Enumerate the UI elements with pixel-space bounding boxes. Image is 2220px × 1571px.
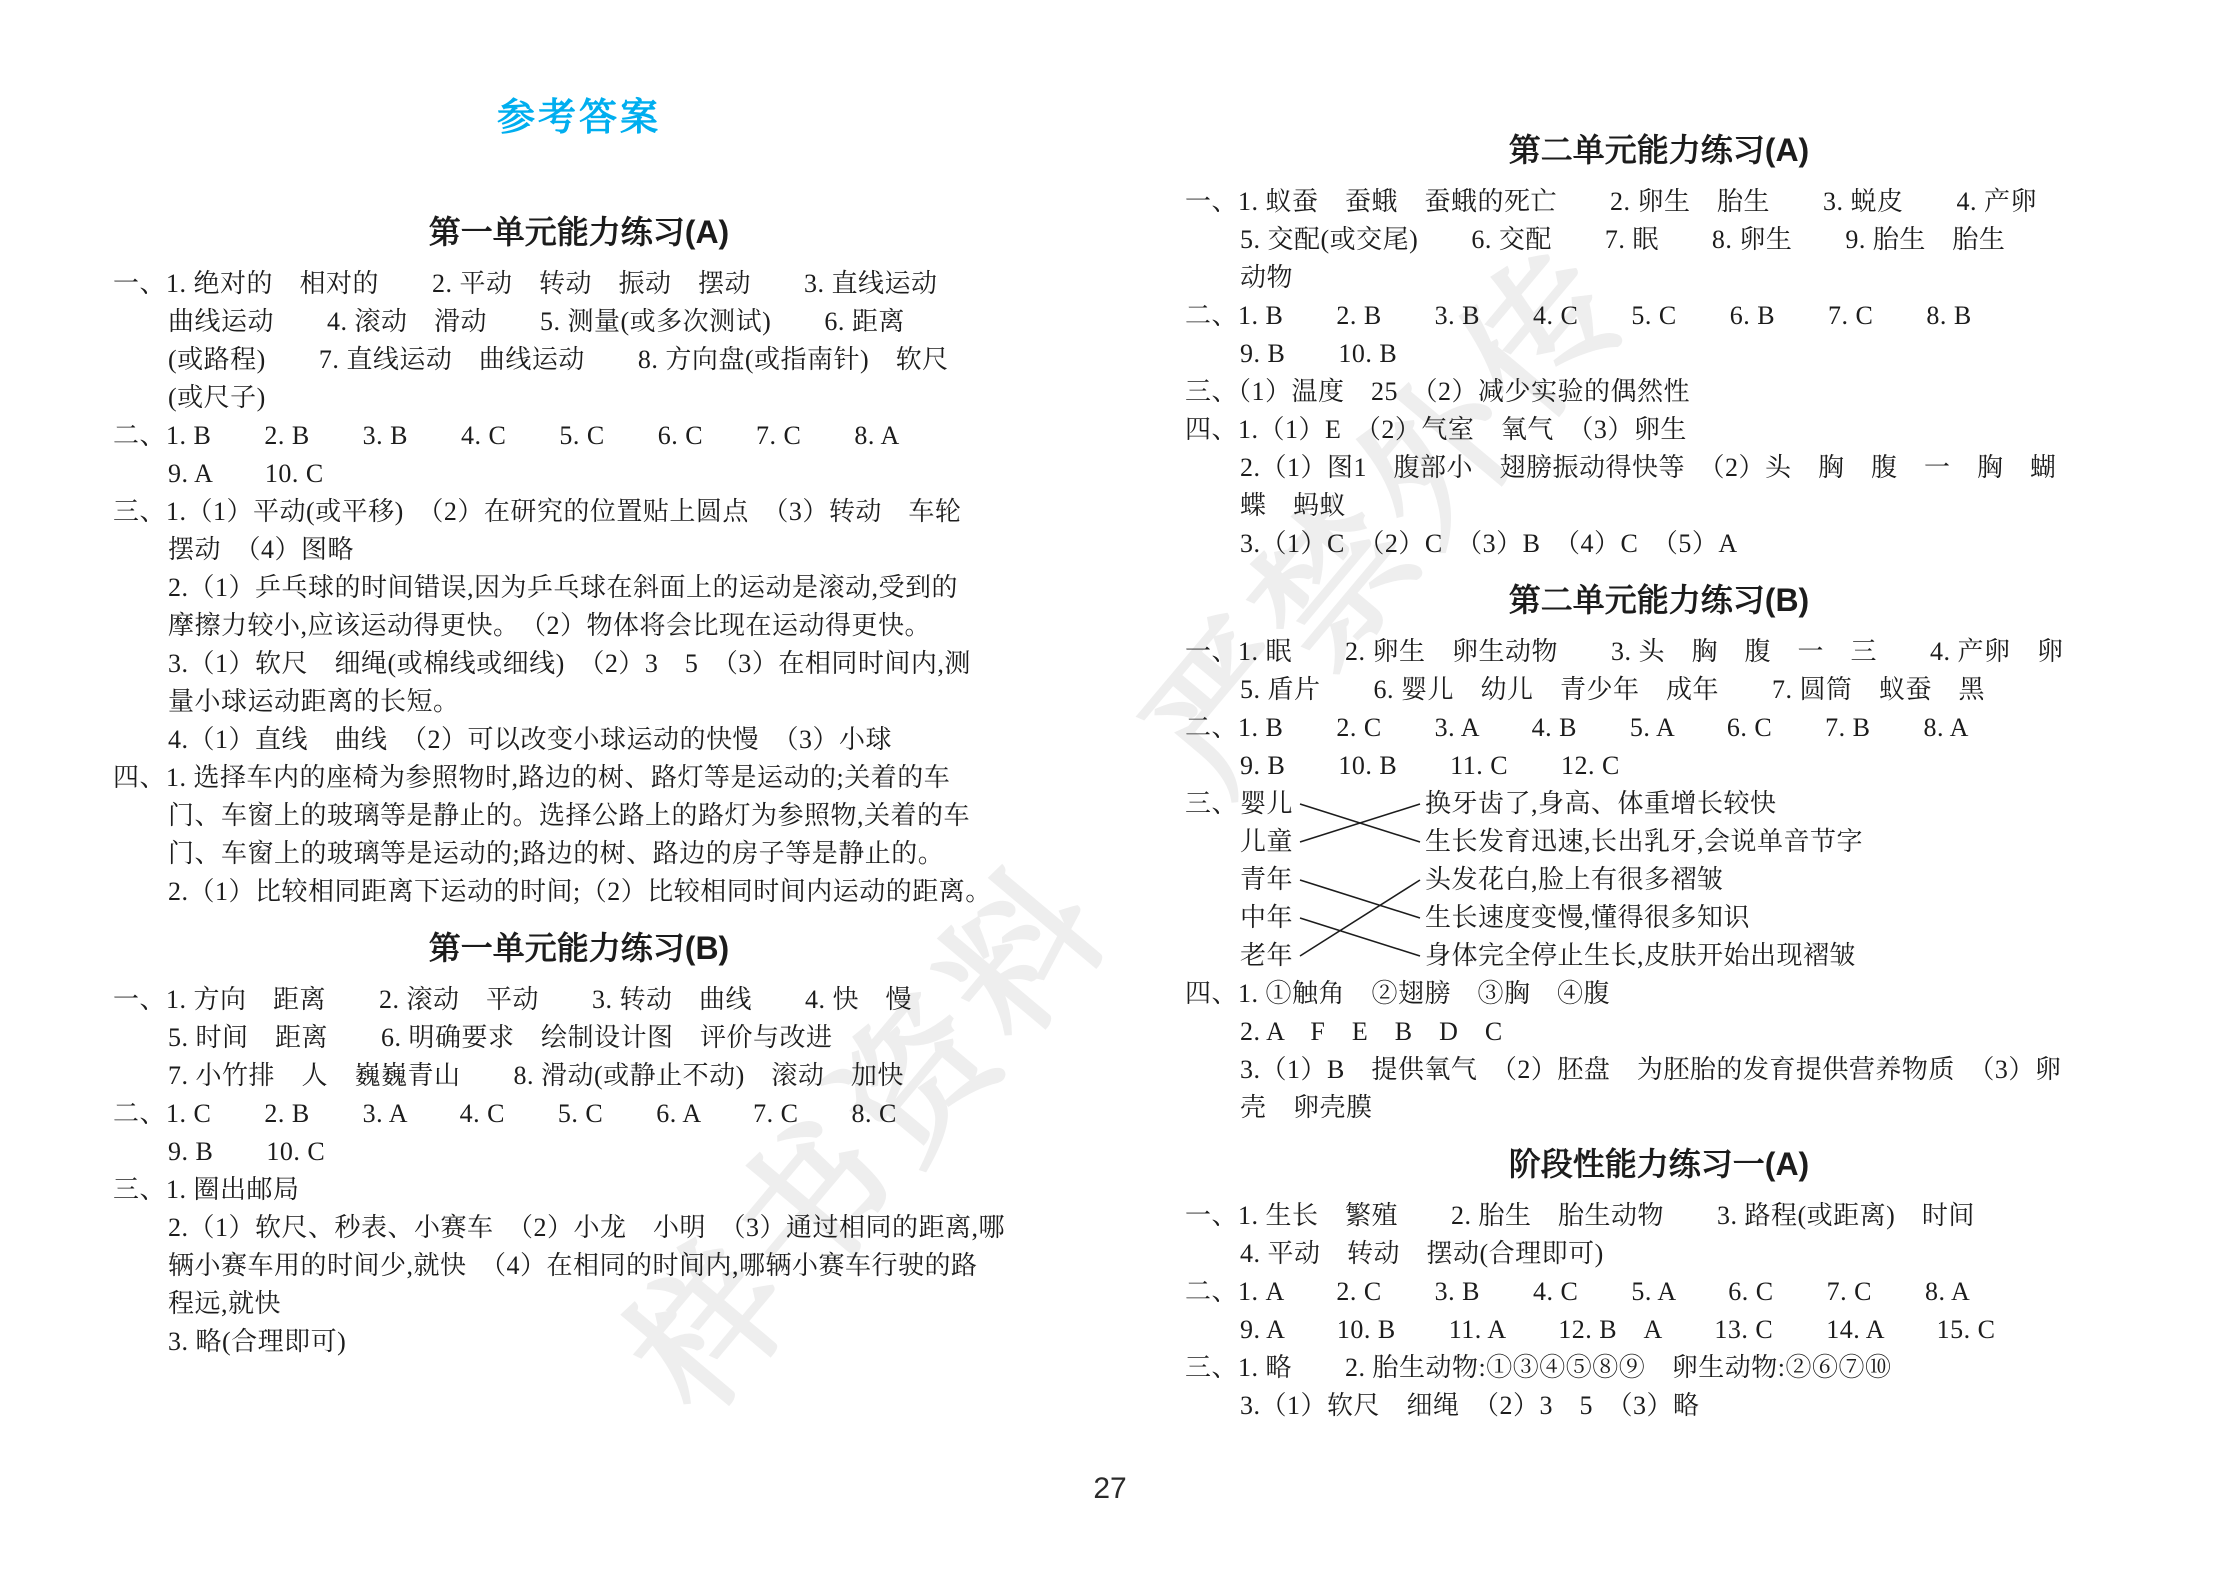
answer-line: (或路程) 7. 直线运动 曲线运动 8. 方向盘(或指南针) 软尺	[113, 341, 1045, 379]
answer-line: 2. A F E B D C	[1185, 1013, 2133, 1051]
section-header: 第一单元能力练习(B)	[113, 929, 1045, 967]
answer-line: 9. A 10. C	[113, 455, 1045, 493]
answer-line: 4. 平动 转动 摆动(合理即可)	[1185, 1235, 2133, 1273]
answer-block: 一、1. 蚁蚕 蚕蛾 蚕蛾的死亡 2. 卵生 胎生 3. 蜕皮 4. 产卵5. …	[1185, 183, 2133, 297]
answer-line: 三、1. 圈出邮局	[113, 1171, 1045, 1209]
answer-line: 三、1.（1）平动(或平移) （2）在研究的位置贴上圆点 （3）转动 车轮	[113, 493, 1045, 531]
answer-line: 7. 小竹排 人 巍巍青山 8. 滑动(或静止不动) 滚动 加快	[113, 1057, 1045, 1095]
answer-line: 2.（1）图1 腹部小 翅膀振动得快等 （2）头 胸 腹 一 胸 蝴	[1185, 449, 2133, 487]
answer-line: 摆动 （4）图略	[113, 531, 1045, 569]
answer-line: 辆小赛车用的时间少,就快 （4）在相同的时间内,哪辆小赛车行驶的路	[113, 1247, 1045, 1285]
answer-line: 3.（1）B 提供氧气 （2）胚盘 为胚胎的发育提供营养物质 （3）卵	[1185, 1051, 2133, 1089]
answer-line: 9. B 10. C	[113, 1133, 1045, 1171]
answer-line: 5. 盾片 6. 婴儿 幼儿 青少年 成年 7. 圆筒 蚁蚕 黑	[1185, 671, 2133, 709]
answer-line: 二、1. B 2. B 3. B 4. C 5. C 6. C 7. C 8. …	[113, 417, 1045, 455]
answer-block: 三、（1）温度 25 （2）减少实验的偶然性	[1185, 373, 2133, 411]
answer-line: 一、1. 眠 2. 卵生 卵生动物 3. 头 胸 腹 一 三 4. 产卵 卵	[1185, 633, 2133, 671]
answer-block: 一、1. 眠 2. 卵生 卵生动物 3. 头 胸 腹 一 三 4. 产卵 卵5.…	[1185, 633, 2133, 709]
page-title: 参考答案	[113, 86, 1045, 141]
answer-block: 四、1. ①触角 ②翅膀 ③胸 ④腹2. A F E B D C3.（1）B 提…	[1185, 975, 2133, 1127]
answer-block: 四、1. 选择车内的座椅为参照物时,路边的树、路灯等是运动的;关着的车门、车窗上…	[113, 759, 1045, 911]
answer-block: 三、1. 略 2. 胎生动物:①③④⑤⑧⑨ 卵生动物:②⑥⑦⑩3.（1）软尺 细…	[1185, 1349, 2133, 1425]
answer-line: 9. A 10. B 11. A 12. B A 13. C 14. A 15.…	[1185, 1311, 2133, 1349]
answer-line: 9. B 10. B 11. C 12. C	[1185, 747, 2133, 785]
match-connector-lines	[1297, 785, 1423, 975]
answer-line: 5. 交配(或交尾) 6. 交配 7. 眠 8. 卵生 9. 胎生 胎生	[1185, 221, 2133, 259]
answer-block: 三、1.（1）平动(或平移) （2）在研究的位置贴上圆点 （3）转动 车轮摆动 …	[113, 493, 1045, 759]
page-number: 27	[0, 1472, 2220, 1506]
answer-block: 二、1. B 2. B 3. B 4. C 5. C 6. B 7. C 8. …	[1185, 297, 2133, 373]
answer-line: 三、1. 略 2. 胎生动物:①③④⑤⑧⑨ 卵生动物:②⑥⑦⑩	[1185, 1349, 2133, 1387]
answer-line: 动物	[1185, 259, 2133, 297]
answer-line: 二、1. A 2. C 3. B 4. C 5. A 6. C 7. C 8. …	[1185, 1273, 2133, 1311]
answer-block: 一、1. 绝对的 相对的 2. 平动 转动 振动 摆动 3. 直线运动曲线运动 …	[113, 265, 1045, 417]
answer-line: 3.（1）软尺 细绳 （2）3 5 （3）略	[1185, 1387, 2133, 1425]
section-header: 第一单元能力练习(A)	[113, 213, 1045, 251]
answer-line: 二、1. B 2. B 3. B 4. C 5. C 6. B 7. C 8. …	[1185, 297, 2133, 335]
answer-line: 三、（1）温度 25 （2）减少实验的偶然性	[1185, 373, 2133, 411]
answer-line: 量小球运动距离的长短。	[113, 683, 1045, 721]
match-right-item: 换牙齿了,身高、体重增长较快	[1425, 785, 1777, 823]
matching-label: 三、	[1185, 785, 1238, 823]
match-right-item: 身体完全停止生长,皮肤开始出现褶皱	[1425, 937, 1856, 975]
answer-block: 二、1. B 2. C 3. A 4. B 5. A 6. C 7. B 8. …	[1185, 709, 2133, 785]
answer-line: 一、1. 绝对的 相对的 2. 平动 转动 振动 摆动 3. 直线运动	[113, 265, 1045, 303]
answer-block: 一、1. 方向 距离 2. 滚动 平动 3. 转动 曲线 4. 快 慢5. 时间…	[113, 981, 1045, 1095]
answer-line: 一、1. 蚁蚕 蚕蛾 蚕蛾的死亡 2. 卵生 胎生 3. 蜕皮 4. 产卵	[1185, 183, 2133, 221]
answer-block: 二、1. C 2. B 3. A 4. C 5. C 6. A 7. C 8. …	[113, 1095, 1045, 1171]
answer-block: 二、1. B 2. B 3. B 4. C 5. C 6. C 7. C 8. …	[113, 417, 1045, 493]
answer-line: 二、1. B 2. C 3. A 4. B 5. A 6. C 7. B 8. …	[1185, 709, 2133, 747]
answer-line: 3. 略(合理即可)	[113, 1323, 1045, 1361]
answer-line: 2.（1）软尺、秒表、小赛车 （2）小龙 小明 （3）通过相同的距离,哪	[113, 1209, 1045, 1247]
match-right-item: 生长发育迅速,长出乳牙,会说单音节字	[1425, 823, 1863, 861]
answer-line: 2.（1）比较相同距离下运动的时间;（2）比较相同时间内运动的距离。	[113, 873, 1045, 911]
answer-line: 二、1. C 2. B 3. A 4. C 5. C 6. A 7. C 8. …	[113, 1095, 1045, 1133]
answer-block: 二、1. A 2. C 3. B 4. C 5. A 6. C 7. C 8. …	[1185, 1273, 2133, 1349]
match-right-item: 生长速度变慢,懂得很多知识	[1425, 899, 1750, 937]
answer-line: 程远,就快	[113, 1285, 1045, 1323]
answer-block: 四、1.（1）E （2）气室 氧气 （3）卵生2.（1）图1 腹部小 翅膀振动得…	[1185, 411, 2133, 563]
answer-line: 壳 卵壳膜	[1185, 1089, 2133, 1127]
matching-exercise: 三、婴儿儿童青年中年老年换牙齿了,身高、体重增长较快生长发育迅速,长出乳牙,会说…	[1185, 785, 2133, 975]
answer-line: 3.（1）软尺 细绳(或棉线或细线) （2）3 5 （3）在相同时间内,测	[113, 645, 1045, 683]
left-column: 第一单元能力练习(A)一、1. 绝对的 相对的 2. 平动 转动 振动 摆动 3…	[113, 213, 1045, 1361]
answer-line: 摩擦力较小,应该运动得更快。 （2）物体将会比现在运动得更快。	[113, 607, 1045, 645]
answer-key-page: 样书资料 严禁外传 参考答案 第一单元能力练习(A)一、1. 绝对的 相对的 2…	[0, 0, 2220, 1571]
answer-line: (或尺子)	[113, 379, 1045, 417]
answer-line: 一、1. 生长 繁殖 2. 胎生 胎生动物 3. 路程(或距离) 时间	[1185, 1197, 2133, 1235]
answer-line: 9. B 10. B	[1185, 335, 2133, 373]
match-right-item: 头发花白,脸上有很多褶皱	[1425, 861, 1724, 899]
answer-line: 2.（1）乒乓球的时间错误,因为乒乓球在斜面上的运动是滚动,受到的	[113, 569, 1045, 607]
answer-line: 四、1. ①触角 ②翅膀 ③胸 ④腹	[1185, 975, 2133, 1013]
answer-line: 四、1. 选择车内的座椅为参照物时,路边的树、路灯等是运动的;关着的车	[113, 759, 1045, 797]
section-header: 第二单元能力练习(B)	[1185, 581, 2133, 619]
answer-line: 4.（1）直线 曲线 （2）可以改变小球运动的快慢 （3）小球	[113, 721, 1045, 759]
answer-line: 3.（1）C （2）C （3）B （4）C （5）A	[1185, 525, 2133, 563]
answer-block: 三、1. 圈出邮局2.（1）软尺、秒表、小赛车 （2）小龙 小明 （3）通过相同…	[113, 1171, 1045, 1361]
answer-line: 5. 时间 距离 6. 明确要求 绘制设计图 评价与改进	[113, 1019, 1045, 1057]
answer-line: 蝶 蚂蚁	[1185, 487, 2133, 525]
section-header: 阶段性能力练习一(A)	[1185, 1145, 2133, 1183]
right-column: 第二单元能力练习(A)一、1. 蚁蚕 蚕蛾 蚕蛾的死亡 2. 卵生 胎生 3. …	[1185, 131, 2133, 1425]
answer-line: 四、1.（1）E （2）气室 氧气 （3）卵生	[1185, 411, 2133, 449]
answer-line: 门、车窗上的玻璃等是静止的。选择公路上的路灯为参照物,关着的车	[113, 797, 1045, 835]
answer-line: 一、1. 方向 距离 2. 滚动 平动 3. 转动 曲线 4. 快 慢	[113, 981, 1045, 1019]
section-header: 第二单元能力练习(A)	[1185, 131, 2133, 169]
answer-line: 门、车窗上的玻璃等是运动的;路边的树、路边的房子等是静止的。	[113, 835, 1045, 873]
answer-line: 曲线运动 4. 滚动 滑动 5. 测量(或多次测试) 6. 距离	[113, 303, 1045, 341]
answer-block: 一、1. 生长 繁殖 2. 胎生 胎生动物 3. 路程(或距离) 时间4. 平动…	[1185, 1197, 2133, 1273]
